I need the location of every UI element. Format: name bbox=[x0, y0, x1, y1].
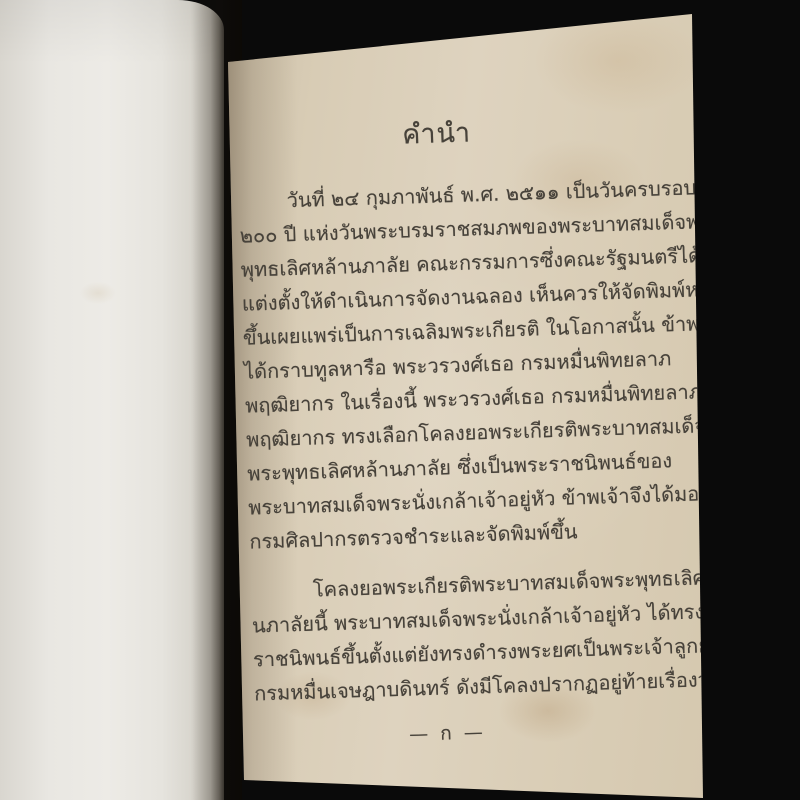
book-photo: คำนำ วันที่ ๒๔ กุมภาพันธ์ พ.ศ. ๒๕๑๑ เป็น… bbox=[0, 0, 800, 800]
preface-title: คำนำ bbox=[236, 108, 637, 161]
preface-page: คำนำ วันที่ ๒๔ กุมภาพันธ์ พ.ศ. ๒๕๑๑ เป็น… bbox=[218, 6, 710, 800]
preface-paragraph-1: วันที่ ๒๔ กุมภาพันธ์ พ.ศ. ๒๕๑๑ เป็นวันคร… bbox=[238, 171, 674, 558]
preface-paragraph-2: โคลงยอพระเกียรติพระบาทสมเด็จพระพุทธเลิศห… bbox=[250, 561, 678, 710]
page-text-block: คำนำ วันที่ ๒๔ กุมภาพันธ์ พ.ศ. ๒๕๑๑ เป็น… bbox=[236, 107, 680, 754]
page-number-footer: — ก — bbox=[255, 711, 680, 754]
